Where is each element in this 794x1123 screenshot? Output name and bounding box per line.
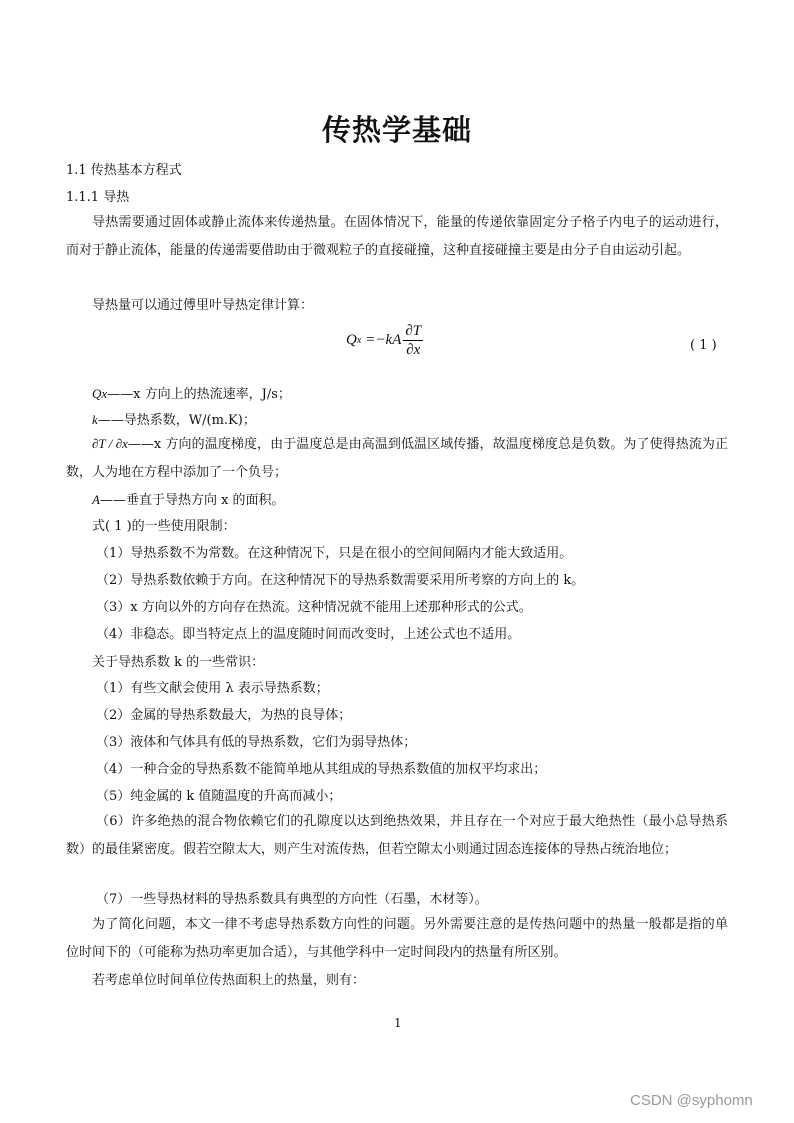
fact-item: （5）纯金属的 k 值随温度的升高而减小； — [96, 788, 341, 806]
definition-symbol: A — [92, 492, 100, 507]
facts-heading: 关于导热系数 k 的一些常识： — [92, 654, 264, 672]
page-number: 1 — [394, 1016, 402, 1030]
definition-item: Qx——x 方向上的热流速率，J/s； — [92, 385, 291, 404]
subsection-heading: 1.1.1 导热 — [66, 189, 129, 207]
equation-denominator: ∂x — [406, 341, 420, 359]
fact-item: （6）许多绝热的混合物依赖它们的孔隙度以达到绝热效果，并且存在一个对应于最大绝热… — [66, 808, 728, 863]
fourier-intro: 导热量可以通过傅里叶导热定律计算： — [92, 297, 313, 315]
section-heading: 1.1 传热基本方程式 — [66, 162, 182, 180]
fact-item: （3）液体和气体具有低的导热系数，它们为弱导热体； — [96, 734, 416, 752]
equation-number: ( 1 ) — [690, 338, 717, 353]
limit-item: （1）导热系数不为常数。在这种情况下，只是在很小的空间间隔内才能大致适用。 — [96, 545, 572, 563]
definition-symbol: ∂T / ∂x — [92, 436, 128, 451]
definition-text: ——x 方向的温度梯度，由于温度总是由高温到低温区域传播，故温度梯度总是负数。为… — [66, 437, 728, 480]
definition-item: ∂T / ∂x——x 方向的温度梯度，由于温度总是由高温到低温区域传播，故温度梯… — [66, 430, 728, 486]
definition-item: k——导热系数，W/(m.K)； — [92, 411, 256, 430]
limit-item: （2）导热系数依赖于方向。在这种情况下的导热系数需要采用所考察的方向上的 k。 — [96, 572, 584, 590]
watermark: CSDN @syphomn — [630, 1092, 753, 1109]
fourier-equation: Qx =−kA ∂T ∂x — [346, 322, 423, 359]
limit-item: （4）非稳态。即当特定点上的温度随时间而改变时，上述公式也不适用。 — [96, 626, 520, 644]
simplify-paragraph: 为了简化问题，本文一律不考虑导热系数方向性的问题。另外需要注意的是传热问题中的热… — [66, 911, 728, 966]
equation-fraction: ∂T ∂x — [403, 322, 423, 359]
fact-item: （1）有些文献会使用 λ 表示导热系数； — [96, 680, 329, 698]
equation-lhs-sub: x — [357, 335, 361, 346]
fact-item: （4）一种合金的导热系数不能简单地从其组成的导热系数值的加权平均求出； — [96, 761, 546, 779]
intro-paragraph: 导热需要通过固体或静止流体来传递热量。在固体情况下，能量的传递依靠固定分子格子内… — [66, 209, 728, 264]
closing-line: 若考虑单位时间单位传热面积上的热量，则有： — [92, 972, 365, 990]
definition-text: ——导热系数，W/(m.K)； — [98, 413, 256, 428]
equation-numerator: ∂T — [403, 322, 423, 341]
definition-text: ——x 方向上的热流速率，J/s； — [107, 387, 291, 402]
fact-item: （7）一些导热材料的导热系数具有典型的方向性（石墨，木材等）。 — [96, 891, 488, 909]
definition-item: A——垂直于导热方向 x 的面积。 — [92, 491, 285, 510]
fact-item: （2）金属的导热系数最大，为热的良导体； — [96, 707, 351, 725]
page-title: 传热学基础 — [0, 108, 794, 149]
equation-rhs-prefix: =−kA — [365, 332, 401, 349]
limit-item: （3）x 方向以外的方向存在热流。这种情况就不能用上述那种形式的公式。 — [96, 599, 532, 617]
definition-text: ——垂直于导热方向 x 的面积。 — [100, 493, 285, 508]
limits-heading: 式( 1 )的一些使用限制： — [92, 518, 236, 536]
equation-lhs: Q — [346, 332, 357, 349]
definition-symbol: Qx — [92, 386, 107, 401]
